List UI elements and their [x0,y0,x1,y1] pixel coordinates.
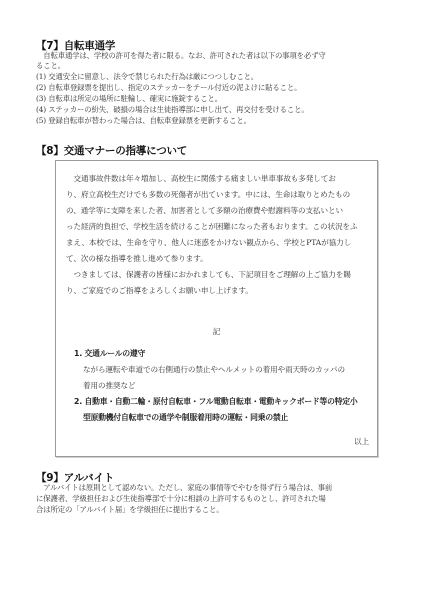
box-paragraph2-line-1: つきましては、保護者の皆様におかれましても、下記項目をご理解の上ご協力を賜 [66,267,351,282]
item1-body-line-2: 着用の推奨など [83,378,135,393]
section7-rule-1: (1) 交通安全に留意し、法令で禁じられた行為は厳につつしむこと。 [36,72,258,83]
ki-label: 記 [56,324,377,339]
item1-title: 1. 交通ルールの遵守 [74,346,145,361]
closing-label: 以上 [354,434,369,449]
box-paragraph1-line-2: り、府立高校生だけでも多数の死傷者が出ています。中には、生命は取りとめたもの [66,187,350,202]
box-paragraph1-line-4: った経済的負担で、学校生活を続けることが困難になった者もおります。この状況をふ [66,219,358,234]
section7-intro-line-1: 自転車通学は、学校の許可を得た者に限る。なお、許可された者は以下の事項を必ず守 [36,51,326,62]
box-paragraph2-line-2: り、ご家庭でのご指導をよろしくお願い申し上げます。 [66,283,253,298]
section9-line-1: アルバイトは原則として認めない。ただし、家庭の事情等でやむを得ず行う場合は、事前 [36,483,332,494]
section7-rule-2: (2) 自転車登録票を提出し、指定のステッカーをテール付近の泥よけに貼ること。 [36,83,301,94]
section8-heading: 【8】交通マナーの指導について [36,143,187,158]
item2-title-line-1: 2. 自動車・自動二輪・原付自転車・フル電動自転車・電動キックボード等の特定小 [74,394,358,409]
box-paragraph1-line-3: の、通学等に支障を来した者、加害者として多額の治療費や慰謝料等の支払いとい [66,203,343,218]
section9-line-2: に保護者、学級担任および生徒指導部で十分に相談の上許可するものとし、許可された場 [36,494,326,505]
item1-body-line-1: ながら運転や車道での右側通行の禁止やヘルメットの着用や雨天時のカッパの [83,362,345,377]
section7-rule-3: (3) 自転車は所定の場所に駐輪し、確実に施錠すること。 [36,94,222,105]
box-paragraph1-line-6: て、次の様な指導を推し進めて参ります。 [66,251,208,266]
item2-title-line-2: 型原動機付自転車での通学や制服着用時の運転・同乗の禁止 [83,410,288,425]
section7-rule-5: (5) 登録自転車が替わった場合は、自転車登録票を更新すること。 [36,116,251,127]
section7-intro-line-2: ること。 [36,61,65,72]
section9-line-3: 合は所定の「アルバイト届」を学級担任に提出すること。 [36,505,223,516]
section7-rule-4: (4) ステッカーの紛失、破損の場合は生徒指導部に申し出て、再交付を受けること。 [36,105,309,116]
traffic-manners-notice-box: 交通事故件数は年々増加し、高校生に関係する痛ましい単車事故も多発してお り、府立… [55,160,378,457]
box-paragraph1-line-5: まえ、本校では、生命を守り、他人に迷惑をかけない観点から、学校とPTAが協力し [66,235,351,250]
box-paragraph1-line-1: 交通事故件数は年々増加し、高校生に関係する痛ましい単車事故も多発してお [66,171,336,186]
